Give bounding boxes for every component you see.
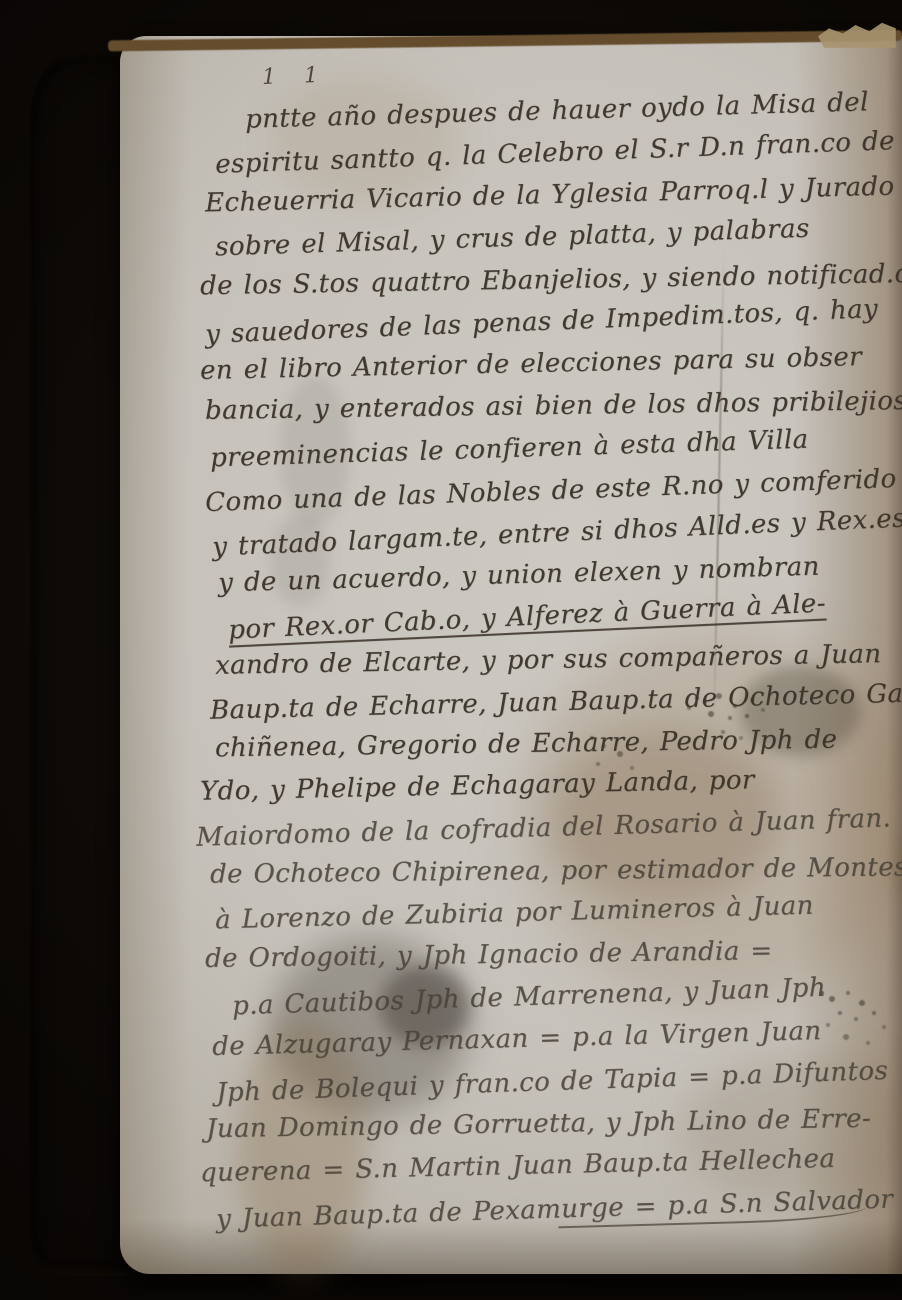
manuscript-line: sobre el Misal, y crus de platta, y pala… [215, 214, 810, 263]
manuscript-line: de Ordogoiti, y Jph Ignacio de Arandia = [205, 936, 773, 974]
manuscript-line: en el libro Anterior de elecciones para … [200, 342, 862, 386]
manuscript-line: Maiordomo de la cofradia del Rosario à J… [196, 803, 892, 852]
manuscript-line: p.a Cautibos Jph de Marrenena, y Juan Jp… [232, 973, 827, 1022]
manuscript-line: querena = S.n Martin Juan Baup.ta Hellec… [200, 1144, 836, 1188]
manuscript-line: Ydo, y Phelipe de Echagaray Landa, por [200, 765, 755, 807]
manuscript-text: 1 1 pntte año despues de hauer oydo la M… [0, 0, 902, 1300]
manuscript-line: por Rex.or Cab.o, y Alferez à Guerra à A… [228, 588, 827, 645]
manuscript-line: y sauedores de las penas de Impedim.tos,… [205, 294, 879, 350]
manuscript-line: bancia, y enterados asi bien de los dhos… [205, 386, 902, 426]
manuscript-line: y de un acuerdo, y union elexen y nombra… [218, 552, 820, 599]
manuscript-line: de Ochoteco Chipirenea, por estimador de… [210, 852, 902, 889]
manuscript-line: Baup.ta de Echarre, Juan Baup.ta de Ocho… [210, 678, 902, 725]
manuscript-line: Jph de Bolequi y fran.co de Tapia = p.a … [216, 1056, 889, 1108]
manuscript-photo: 1 1 pntte año despues de hauer oydo la M… [0, 0, 902, 1300]
manuscript-line: preeminencias le confieren à esta dha Vi… [210, 425, 809, 474]
manuscript-line: de los S.tos quattro Ebanjelios, y siend… [200, 259, 902, 302]
manuscript-line: Echeuerria Vicario de la Yglesia Parroq.… [205, 172, 895, 219]
manuscript-line: de Alzugaray Pernaxan = p.a la Virgen Ju… [212, 1016, 822, 1062]
manuscript-line: xandro de Elcarte, y por sus compañeros … [215, 639, 882, 681]
manuscript-line: Juan Domingo de Gorruetta, y Jph Lino de… [206, 1104, 871, 1144]
manuscript-line: pntte año despues de hauer oydo la Misa … [245, 87, 869, 134]
manuscript-line: espiritu santto q. la Celebro el S.r D.n… [215, 126, 896, 180]
manuscript-line: chiñenea, Gregorio de Echarre, Pedro Jph… [215, 725, 838, 764]
manuscript-line: à Lorenzo de Zubiria por Lumineros à Jua… [215, 891, 814, 936]
insertion-marks: 1 1 [262, 63, 319, 90]
